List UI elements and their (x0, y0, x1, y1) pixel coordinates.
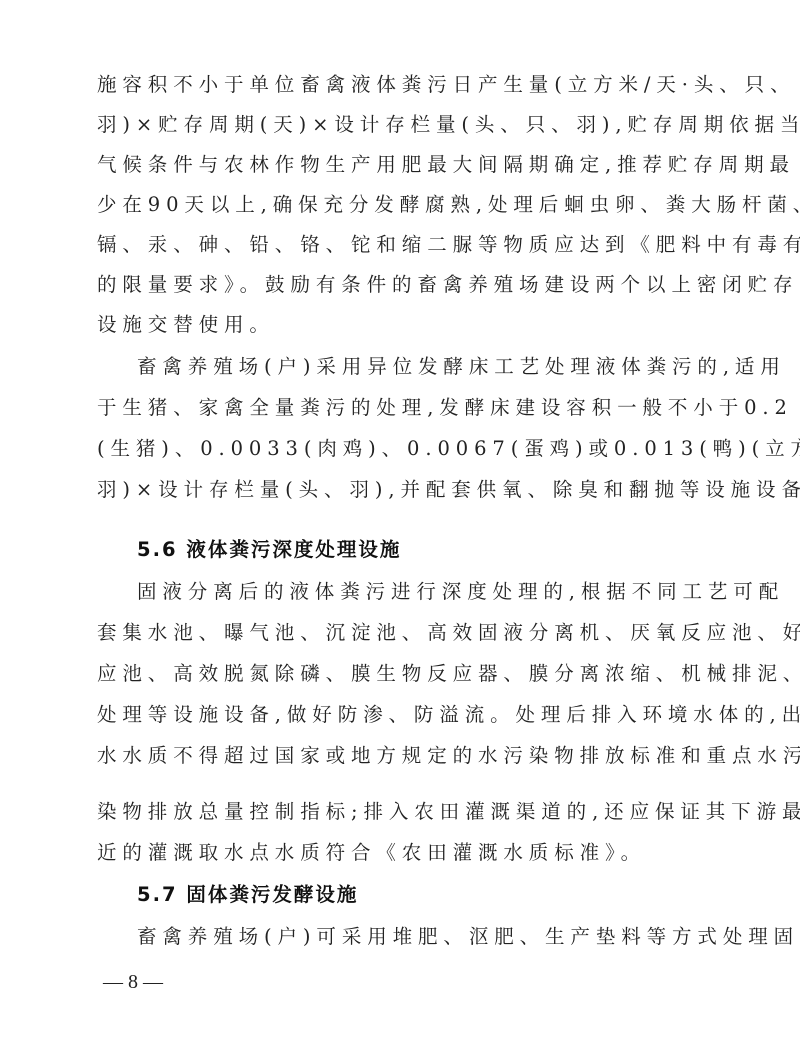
text-line: 水水质不得超过国家或地方规定的水污染物排放标准和重点水污 (97, 741, 707, 771)
text-line: 设施交替使用。 (97, 310, 707, 340)
document-page: 施容积不小于单位畜禽液体粪污日产生量(立方米/天·头、只、 羽)×贮存周期(天)… (0, 0, 800, 1042)
text-line: 气候条件与农林作物生产用肥最大间隔期确定,推荐贮存周期最 (97, 150, 707, 180)
text-line: 羽)×设计存栏量(头、羽),并配套供氧、除臭和翻抛等设施设备。 (97, 475, 707, 505)
text-line: 镉、汞、砷、铅、铬、铊和缩二脲等物质应达到《肥料中有毒有害物质 (97, 230, 707, 260)
text-line: 处理等设施设备,做好防渗、防溢流。处理后排入环境水体的,出 (97, 700, 707, 730)
section-heading-5-6: 5.6 液体粪污深度处理设施 (137, 535, 401, 565)
section-heading-5-7: 5.7 固体粪污发酵设施 (137, 880, 358, 910)
text-line: 畜禽养殖场(户)采用异位发酵床工艺处理液体粪污的,适用 (137, 352, 707, 382)
text-line: 的限量要求》。鼓励有条件的畜禽养殖场建设两个以上密闭贮存 (97, 270, 707, 300)
text-line: 应池、高效脱氮除磷、膜生物反应器、膜分离浓缩、机械排泥、臭气 (97, 659, 707, 689)
text-line: 染物排放总量控制指标;排入农田灌溉渠道的,还应保证其下游最 (97, 797, 707, 827)
text-line: 畜禽养殖场(户)可采用堆肥、沤肥、生产垫料等方式处理固 (137, 922, 707, 952)
text-line: 套集水池、曝气池、沉淀池、高效固液分离机、厌氧反应池、好氧反 (97, 618, 707, 648)
text-line: 固液分离后的液体粪污进行深度处理的,根据不同工艺可配 (137, 577, 707, 607)
page-number: — 8 — (103, 968, 163, 996)
text-line: 于生猪、家禽全量粪污的处理,发酵床建设容积一般不小于0.2 (97, 393, 707, 423)
text-line: (生猪)、0.0033(肉鸡)、0.0067(蛋鸡)或0.013(鸭)(立方米/… (97, 434, 707, 464)
text-line: 施容积不小于单位畜禽液体粪污日产生量(立方米/天·头、只、 (97, 70, 707, 100)
text-line: 羽)×贮存周期(天)×设计存栏量(头、只、羽),贮存周期依据当地 (97, 110, 707, 140)
text-line: 近的灌溉取水点水质符合《农田灌溉水质标准》。 (97, 838, 707, 868)
text-line: 少在90天以上,确保充分发酵腐熟,处理后蛔虫卵、粪大肠杆菌、 (97, 190, 707, 220)
